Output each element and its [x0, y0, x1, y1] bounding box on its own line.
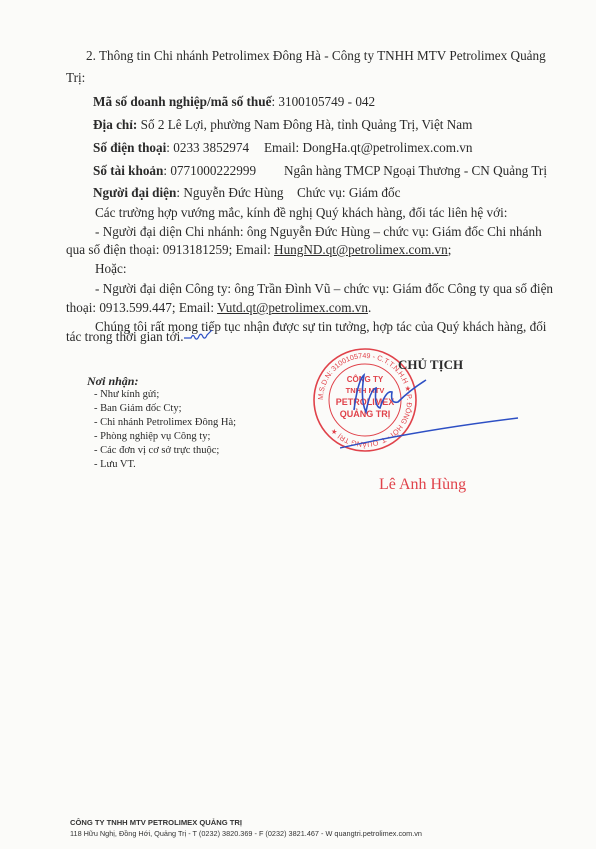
section-heading-line1: 2. Thông tin Chi nhánh Petrolimex Đông H…	[86, 48, 546, 64]
contact-intro: Các trường hợp vướng mắc, kính đề nghị Q…	[95, 205, 507, 221]
company-contact-prefix: thoại: 0913.599.447; Email:	[66, 300, 217, 315]
footer-company: CÔNG TY TNHH MTV PETROLIMEX QUẢNG TRỊ	[70, 818, 242, 827]
company-contact-line2: thoại: 0913.599.447; Email: Vutd.qt@petr…	[66, 300, 371, 316]
recipients-title: Nơi nhận:	[87, 374, 138, 389]
or-text: Hoặc:	[95, 261, 127, 277]
phone-label: Số điện thoại	[93, 140, 166, 155]
representative-row: Người đại diện: Nguyễn Đức Hùng	[93, 185, 284, 201]
account-row: Số tài khoản: 0771000222999	[93, 163, 256, 179]
branch-contact-suffix: ;	[448, 242, 452, 257]
account-label: Số tài khoản	[93, 163, 163, 178]
closing-line2: tác trong thời gian tới.	[66, 329, 184, 345]
tax-id-value: : 3100105749 - 042	[271, 94, 375, 109]
handwritten-signature-icon	[340, 360, 520, 450]
representative-value: : Nguyễn Đức Hùng	[176, 185, 283, 200]
recipient-item: - Phòng nghiệp vụ Công ty;	[94, 430, 210, 443]
address-label: Địa chỉ:	[93, 117, 137, 132]
representative-label: Người đại diện	[93, 185, 176, 200]
initial-signature-icon	[183, 329, 215, 343]
phone-row: Số điện thoại: 0233 3852974	[93, 140, 249, 156]
branch-contact-line1: - Người đại diện Chi nhánh: ông Nguyễn Đ…	[95, 224, 542, 240]
company-contact-email-link[interactable]: Vutd.qt@petrolimex.com.vn	[217, 300, 368, 315]
company-contact-line1: - Người đại diện Công ty: ông Trần Đình …	[95, 281, 553, 297]
section-heading-line2: Trị:	[66, 70, 85, 86]
document-page: 2. Thông tin Chi nhánh Petrolimex Đông H…	[0, 0, 596, 849]
recipient-item: - Chi nhánh Petrolimex Đông Hà;	[94, 416, 236, 429]
account-value: : 0771000222999	[163, 163, 256, 178]
signer-name: Lê Anh Hùng	[379, 476, 466, 494]
address-row: Địa chỉ: Số 2 Lê Lợi, phường Nam Đông Hà…	[93, 117, 472, 133]
bank-name: Ngân hàng TMCP Ngoại Thương - CN Quảng T…	[284, 163, 547, 179]
tax-id-label: Mã số doanh nghiệp/mã số thuế	[93, 94, 271, 109]
position-text: Chức vụ: Giám đốc	[297, 185, 400, 201]
recipient-item: - Như kính gửi;	[94, 388, 159, 401]
recipient-item: - Ban Giám đốc Cty;	[94, 402, 182, 415]
address-value: Số 2 Lê Lợi, phường Nam Đông Hà, tỉnh Qu…	[137, 117, 472, 132]
branch-email: Email: DongHa.qt@petrolimex.com.vn	[264, 140, 472, 156]
footer-address: 118 Hữu Nghị, Đồng Hới, Quảng Trị - T (0…	[70, 829, 422, 838]
company-contact-suffix: .	[368, 300, 371, 315]
recipient-item: - Lưu VT.	[94, 458, 136, 471]
recipient-item: - Các đơn vị cơ sở trực thuộc;	[94, 444, 219, 457]
tax-id-row: Mã số doanh nghiệp/mã số thuế: 310010574…	[93, 94, 375, 110]
branch-contact-email-link[interactable]: HungND.qt@petrolimex.com.vn	[274, 242, 448, 257]
branch-contact-prefix: qua số điện thoại: 0913181259; Email:	[66, 242, 274, 257]
branch-contact-line2: qua số điện thoại: 0913181259; Email: Hu…	[66, 242, 451, 258]
phone-value: : 0233 3852974	[166, 140, 249, 155]
